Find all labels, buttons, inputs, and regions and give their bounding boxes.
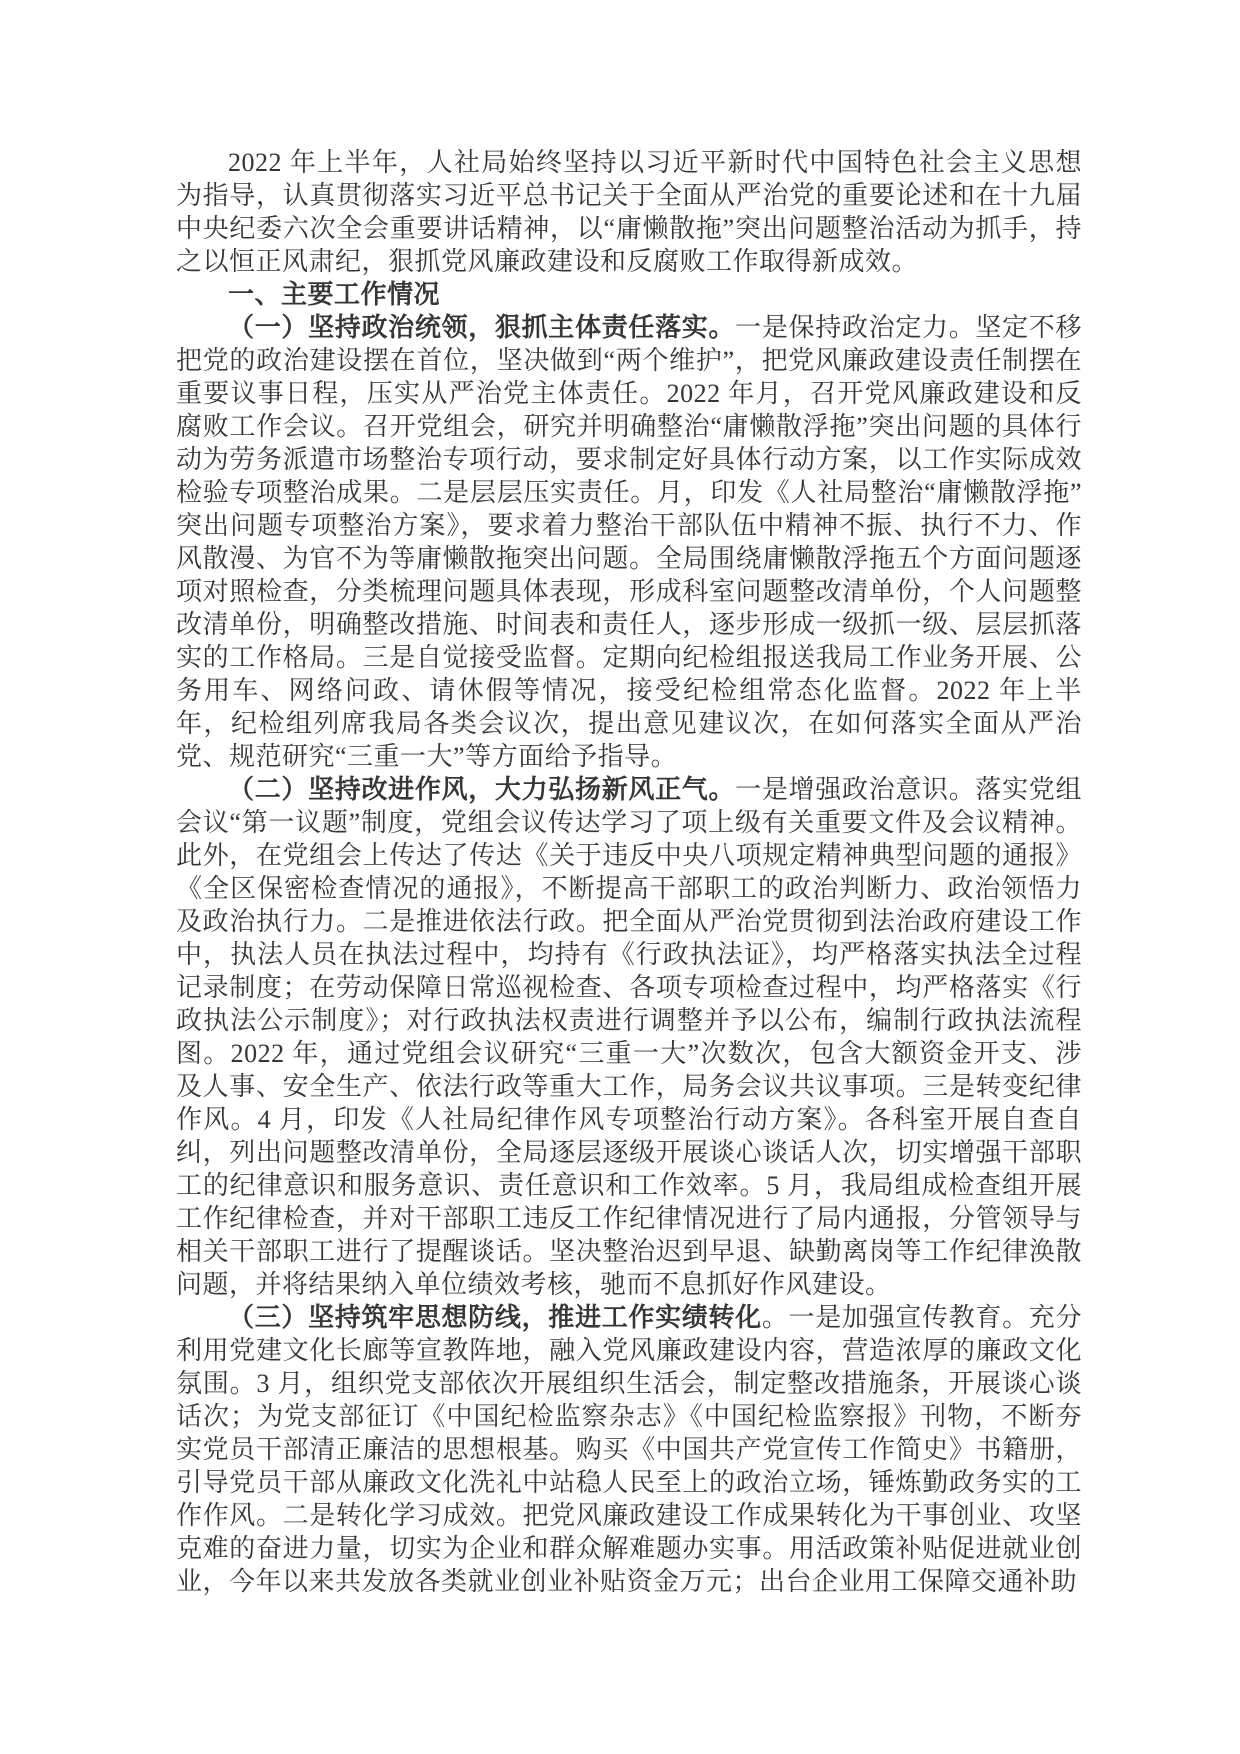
subsection-2-paragraph: （二）坚持改进作风，大力弘扬新风正气。一是增强政治意识。落实党组会议“第一议题”… [176,773,1082,1301]
section-heading: 一、主要工作情况 [176,278,1082,311]
subsection-1-text: 一是保持政治定力。坚定不移把党的政治建设摆在首位，坚决做到“两个维护”，把党风廉… [176,313,1082,771]
subsection-1-title: （一）坚持政治统领，狠抓主体责任落实。 [228,312,735,342]
subsection-3-title: （三）坚持筑牢思想防线，推进工作实绩转化 [228,1302,762,1332]
subsection-2-text: 一是增强政治意识。落实党组会议“第一议题”制度，党组会议传达学习了项上级有关重要… [176,775,1082,1299]
intro-paragraph: 2022 年上半年，人社局始终坚持以习近平新时代中国特色社会主义思想为指导，认真… [176,146,1082,278]
subsection-1-paragraph: （一）坚持政治统领，狠抓主体责任落实。一是保持政治定力。坚定不移把党的政治建设摆… [176,311,1082,773]
document-body: 2022 年上半年，人社局始终坚持以习近平新时代中国特色社会主义思想为指导，认真… [176,146,1082,1598]
subsection-2-title: （二）坚持改进作风，大力弘扬新风正气。 [228,774,735,804]
subsection-3-text: 。一是加强宣传教育。充分利用党建文化长廊等宣教阵地，融入党风廉政建设内容，营造浓… [176,1303,1082,1596]
subsection-3-paragraph: （三）坚持筑牢思想防线，推进工作实绩转化。一是加强宣传教育。充分利用党建文化长廊… [176,1301,1082,1598]
document-page: 2022 年上半年，人社局始终坚持以习近平新时代中国特色社会主义思想为指导，认真… [0,0,1240,1754]
